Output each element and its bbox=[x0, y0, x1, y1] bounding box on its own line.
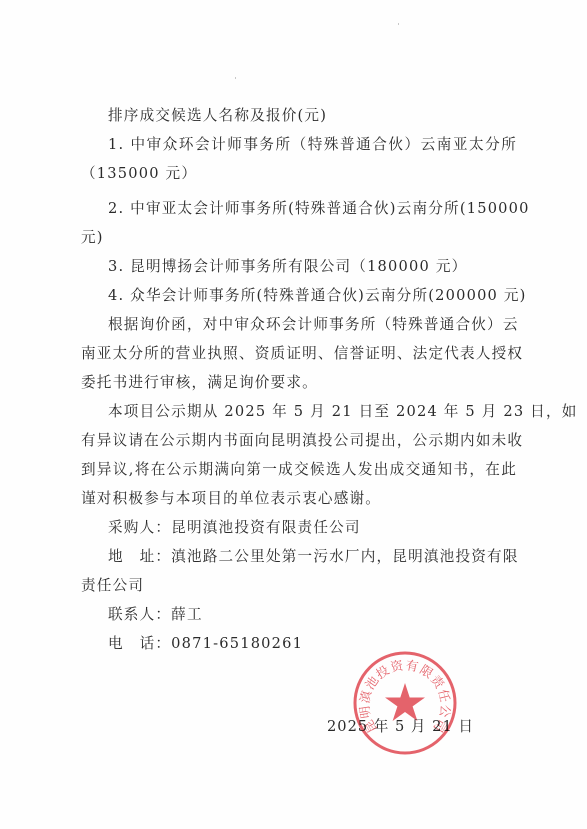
candidate-3: 3. 昆明博扬会计师事务所有限公司（180000 元） bbox=[108, 257, 517, 277]
document-page: 排序成交候选人名称及报价(元) 1. 中审众环会计师事务所（特殊普通合伙）云南亚… bbox=[0, 0, 587, 829]
address-line1: 地 址：滇池路二公里处第一污水厂内，昆明滇池投资有限 bbox=[108, 547, 517, 567]
contact-person: 联系人：薛工 bbox=[108, 605, 517, 625]
candidate-1-line2: （135000 元） bbox=[81, 164, 517, 184]
company-seal: 昆明滇池投资有限责任公司 bbox=[352, 650, 458, 756]
review-paragraph-line1: 根据询价函，对中审众环会计师事务所（特殊普通合伙）云 bbox=[108, 315, 517, 335]
review-paragraph-line2: 南亚太分所的营业执照、资质证明、信誉证明、法定代表人授权 bbox=[81, 344, 517, 364]
candidates-heading: 排序成交候选人名称及报价(元) bbox=[108, 106, 517, 126]
address-line2: 责任公司 bbox=[81, 576, 517, 596]
candidate-4: 4. 众华会计师事务所(特殊普通合伙)云南分所(200000 元) bbox=[108, 286, 517, 306]
notice-paragraph-line4: 谨对积极参与本项目的单位表示衷心感谢。 bbox=[81, 489, 517, 509]
candidate-2-line1: 2. 中审亚太会计师事务所(特殊普通合伙)云南分所(150000 bbox=[108, 199, 517, 219]
candidate-2-line2: 元) bbox=[81, 228, 517, 248]
scan-speck bbox=[235, 77, 236, 79]
purchaser: 采购人：昆明滇池投资有限责任公司 bbox=[108, 518, 517, 538]
scan-speck bbox=[398, 23, 399, 25]
notice-paragraph-line3: 到异议,将在公示期满向第一成交候选人发出成交通知书，在此 bbox=[81, 460, 517, 480]
notice-paragraph-line1: 本项目公示期从 2025 年 5 月 21 日至 2024 年 5 月 23 日… bbox=[108, 402, 517, 422]
notice-paragraph-line2: 有异议请在公示期内书面向昆明滇投公司提出，公示期内如未收 bbox=[81, 431, 517, 451]
star-icon bbox=[385, 683, 425, 721]
candidate-1-line1: 1. 中审众环会计师事务所（特殊普通合伙）云南亚太分所 bbox=[108, 135, 517, 155]
review-paragraph-line3: 委托书进行审核，满足询价要求。 bbox=[81, 373, 517, 393]
